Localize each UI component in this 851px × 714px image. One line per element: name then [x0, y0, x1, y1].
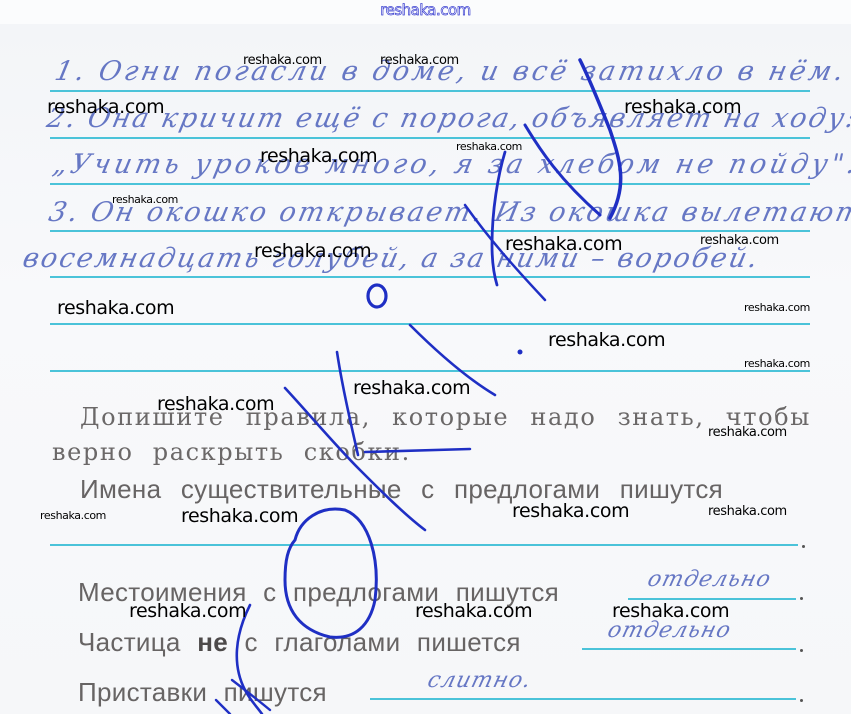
watermark: reshaka.com	[505, 233, 622, 255]
ruled-line	[50, 323, 810, 325]
watermark: reshaka.com	[353, 377, 470, 399]
ruled-line	[50, 137, 810, 139]
watermark: reshaka.com	[744, 301, 810, 314]
answer-line-nouns[interactable]	[50, 544, 798, 546]
ruled-line	[50, 370, 810, 372]
handwritten-line-3: „Учить уроков много, я за хлебом не пойд…	[50, 149, 851, 180]
answer-pronouns[interactable]: отдельно	[645, 567, 774, 592]
watermark: reshaka.com	[254, 240, 371, 262]
watermark: reshaka.com	[744, 357, 810, 370]
rule-particle-prefix: Частица	[78, 627, 181, 657]
watermark: reshaka.com	[57, 297, 174, 319]
watermark: reshaka.com	[260, 145, 377, 167]
watermark: reshaka.com	[380, 53, 459, 68]
watermark: reshaka.com	[456, 140, 522, 153]
rule-particle-suffix: с глаголами пишется	[245, 627, 521, 657]
watermark: reshaka.com	[157, 393, 274, 415]
watermark: reshaka.com	[243, 53, 322, 68]
watermark: reshaka.com	[415, 600, 532, 622]
watermark: reshaka.com	[512, 500, 629, 522]
site-watermark-header[interactable]: reshaka.com	[0, 1, 851, 19]
task-instruction-line-2: верно раскрыть скобки.	[52, 438, 411, 466]
watermark: reshaka.com	[40, 509, 106, 522]
watermark: reshaka.com	[181, 505, 298, 527]
answer-prefixes[interactable]: слитно.	[425, 668, 534, 693]
handwritten-line-5: восемнадцать голубей, а за ними – воробе…	[20, 243, 763, 274]
watermark: reshaka.com	[708, 504, 787, 519]
ruled-line	[50, 276, 810, 278]
period-dot	[800, 699, 803, 702]
rule-prefixes-label: Приставки пишутся	[78, 677, 327, 708]
answer-line-prefixes	[370, 698, 796, 700]
watermark: reshaka.com	[47, 96, 164, 118]
watermark: reshaka.com	[708, 425, 787, 440]
period-dot	[802, 545, 805, 548]
rule-particle-bold: не	[197, 627, 228, 657]
watermark: reshaka.com	[548, 329, 665, 351]
period-dot	[800, 649, 803, 652]
ruled-line	[50, 230, 810, 232]
workbook-page: reshaka.com 1. Огни погасли в доме, и вс…	[0, 0, 851, 714]
rule-particle-label: Частица не с глаголами пишется	[78, 627, 521, 658]
watermark: reshaka.com	[612, 600, 729, 622]
watermark: reshaka.com	[112, 193, 178, 206]
ruled-line	[50, 183, 810, 185]
watermark: reshaka.com	[624, 96, 741, 118]
watermark: reshaka.com	[700, 233, 779, 248]
answer-line-particle	[582, 648, 796, 650]
ruled-line	[50, 90, 810, 92]
period-dot	[800, 597, 803, 600]
watermark: reshaka.com	[129, 600, 246, 622]
